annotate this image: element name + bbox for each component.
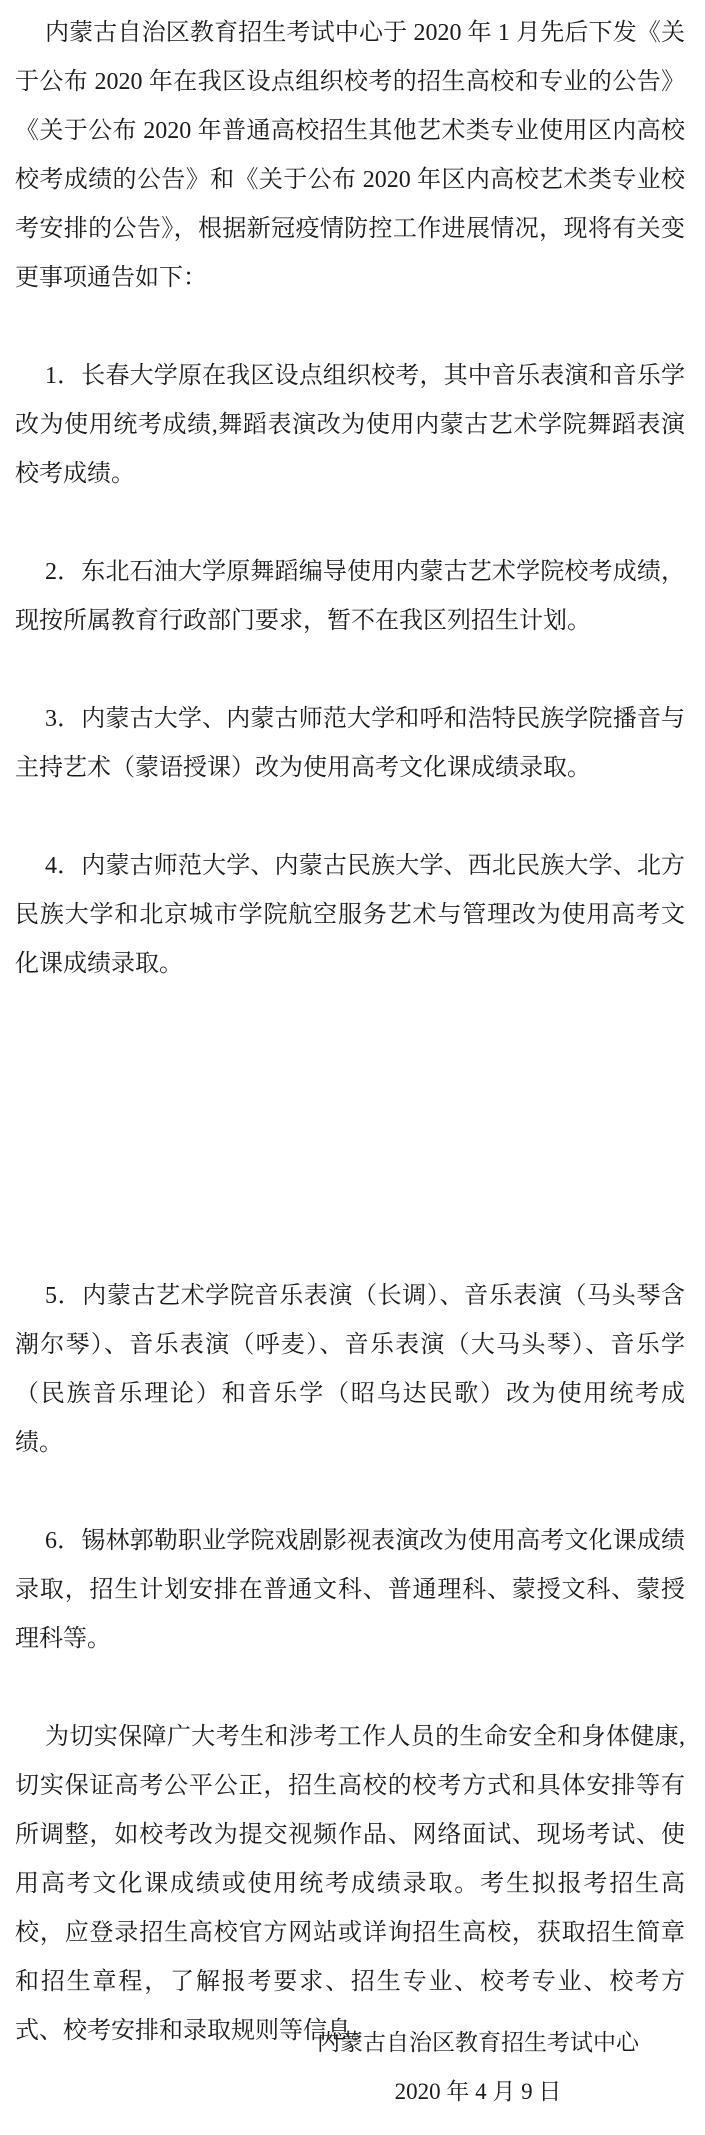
notice-item-1: 1．长春大学原在我区设点组织校考，其中音乐表演和音乐学改为使用统考成绩,舞蹈表演… (15, 352, 685, 499)
issuer-signature: 内蒙古自治区教育招生考试中心 (317, 2018, 639, 2067)
closing-paragraph: 为切实保障广大考生和涉考工作人员的生命安全和身体健康,切实保证高考公平公正，招生… (15, 1713, 685, 2056)
notice-item-5: 5．内蒙古艺术学院音乐表演（长调）、音乐表演（马头琴含潮尔琴）、音乐表演（呼麦）… (15, 1272, 685, 1468)
issue-date: 2020 年 4 月 9 日 (317, 2067, 639, 2116)
notice-item-2: 2．东北石油大学原舞蹈编导使用内蒙古艺术学院校考成绩，现按所属教育行政部门要求，… (15, 548, 685, 646)
notice-document-page: 内蒙古自治区教育招生考试中心于 2020 年 1 月先后下发《关于公布 2020… (0, 0, 705, 2135)
page-break-gap (15, 1038, 685, 1272)
notice-item-3: 3．内蒙古大学、内蒙古师范大学和呼和浩特民族学院播音与主持艺术（蒙语授课）改为使… (15, 695, 685, 793)
notice-item-6: 6．锡林郭勒职业学院戏剧影视表演改为使用高考文化课成绩录取，招生计划安排在普通文… (15, 1517, 685, 1664)
notice-item-4: 4．内蒙古师范大学、内蒙古民族大学、西北民族大学、北方民族大学和北京城市学院航空… (15, 842, 685, 989)
signature-block: 内蒙古自治区教育招生考试中心 2020 年 4 月 9 日 (317, 2018, 639, 2116)
intro-paragraph: 内蒙古自治区教育招生考试中心于 2020 年 1 月先后下发《关于公布 2020… (15, 9, 685, 303)
